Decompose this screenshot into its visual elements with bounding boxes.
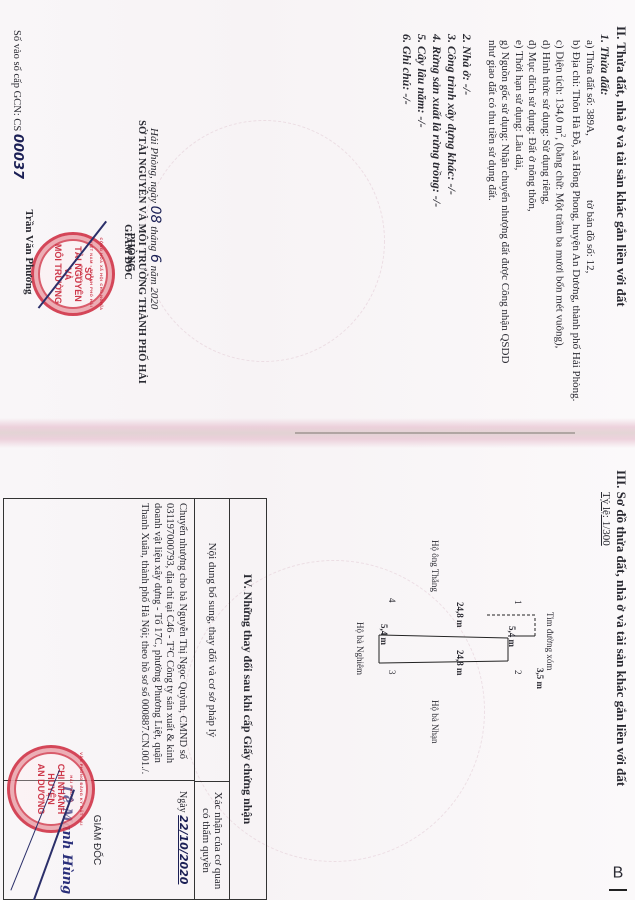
neighbor-left: Hộ bà Nghiêm (355, 622, 365, 675)
stamp-ring-text: VĂN PHÒNG ĐĂNG KÝ ĐẤT ĐAI HẢI PHÒNG (66, 748, 86, 830)
section2-title: II. Thửa đất, nhà ở và tài sản khác gắn … (613, 26, 629, 416)
usage-term: e) Thời hạn sử dụng: Lâu dài, (511, 40, 525, 416)
area-in-words: , (bằng chữ: Một trăm ba mươi bốn mét vu… (553, 137, 565, 348)
item-other-construction: 3. Công trình xây dựng khác: -/- (444, 34, 459, 416)
usage-purpose: đ) Mục đích sử dụng: Đất ở nông thôn, (525, 40, 539, 416)
table-row: Chuyển nhượng cho bà Nguyễn Thị Ngọc Quỳ… (4, 499, 194, 899)
issue-day: 08 (147, 206, 163, 224)
col-confirm-header: Xác nhận của cơ quan có thẩm quyền (195, 782, 229, 899)
month-prefix: tháng (148, 226, 160, 251)
land-heading: 1. Thửa đất: (597, 34, 612, 416)
stamp-line: MÔI TRƯỜNG (53, 244, 63, 304)
point-2: 2 (513, 670, 523, 675)
confirmation-date: Ngày 22/10/2020 (177, 791, 190, 884)
change-content: Chuyển nhượng cho bà Nguyễn Thị Ngọc Quỳ… (4, 499, 194, 781)
point-4: 4 (387, 598, 397, 603)
col-content-header: Nội dung bổ sung, thay đổi và cơ sở pháp… (195, 499, 229, 782)
changes-table: IV. Những thay đổi sau khi cấp Giấy chứn… (3, 498, 267, 900)
parcel-drawing (255, 470, 635, 900)
usage-origin: g) Nguồn gốc sử dụng: Nhận chuyển nhượng… (498, 40, 512, 416)
certificate-page: II. Thửa đất, nhà ở và tài sản khác gắn … (0, 0, 635, 900)
official-red-stamp: CỘNG HÒA XÃ HỘI CHỦ NGHĨA VIỆT NAM • THÀ… (31, 232, 115, 316)
road-offset-length: 3,5 m (535, 668, 545, 689)
edge-1-4-length: 24,8 m (455, 602, 465, 628)
registry-label: Số vào sổ cấp GCN: CS (11, 30, 22, 131)
registry-value: 00037 (10, 134, 25, 179)
issue-date: Hải Phòng, ngày 08 tháng 6 năm 2020 (147, 128, 163, 309)
usage-form: d) Hình thức sử dụng: Sử dụng riêng, (538, 40, 552, 416)
table-header: Nội dung bổ sung, thay đổi và cơ sở pháp… (194, 499, 229, 899)
date-value: 22/10/2020 (177, 815, 190, 884)
parcel-number: a) Thửa đất số: 389A, (583, 40, 597, 200)
item-perennial-trees: 5. Cây lâu năm: -/- (414, 34, 429, 416)
section-land-info: II. Thửa đất, nhà ở và tài sản khác gắn … (9, 26, 629, 416)
land-area: c) Diện tích: 134,0 m2, (bằng chữ: Một t… (552, 40, 569, 416)
section4-title: IV. Những thay đổi sau khi cấp Giấy chứn… (229, 499, 266, 899)
point-1: 1 (513, 600, 523, 605)
registry-number: Số vào sổ cấp GCN: CS 00037 (10, 30, 25, 179)
date-label: Ngày (177, 791, 188, 813)
item-planted-forest: 4. Rừng sản xuất là rừng trồng: -/- (429, 34, 444, 416)
map-sheet-number: tờ bản đồ số: 12, (583, 200, 597, 273)
page-fold-crease (0, 418, 635, 448)
stamp-ring-text: CỘNG HÒA XÃ HỘI CHỦ NGHĨA VIỆT NAM • THÀ… (76, 235, 106, 313)
date-prefix: Hải Phòng, ngày (148, 128, 160, 203)
col-confirm-header-l1: Xác nhận của cơ quan (212, 792, 224, 889)
signer-title: GIÁM ĐỐC (122, 112, 133, 392)
usage-origin-cont: như giao đất có thu tiền sử dụng đất. (484, 40, 498, 416)
parcel-row: a) Thửa đất số: 389A, tờ bản đồ số: 12, (583, 40, 597, 416)
issue-month: 6 (147, 254, 163, 263)
neighbor-right-road: Tim đường xóm (545, 612, 555, 670)
issue-year: năm 2020 (148, 266, 160, 310)
neighbor-bottom: Hộ bà Nhạn (430, 700, 440, 744)
col-confirm-header-l2: có thẩm quyền (200, 808, 212, 873)
edge-3-4-length: 5,4 m (379, 624, 389, 645)
point-3: 3 (387, 670, 397, 675)
land-address: b) Địa chỉ: Thôn Hà Đỗ, xã Hồng Phong, h… (569, 40, 583, 416)
item-notes: 6. Ghi chú: -/- (399, 34, 414, 416)
area-value: c) Diện tích: 134,0 m (553, 40, 565, 134)
neighbor-top: Hộ ông Thắng (430, 540, 440, 592)
edge-1-2-length: 5,4 m (507, 626, 517, 647)
edge-2-3-length: 24,8 m (455, 650, 465, 676)
parcel-diagram (255, 470, 635, 900)
item-house: 2. Nhà ở: -/- (459, 34, 474, 416)
